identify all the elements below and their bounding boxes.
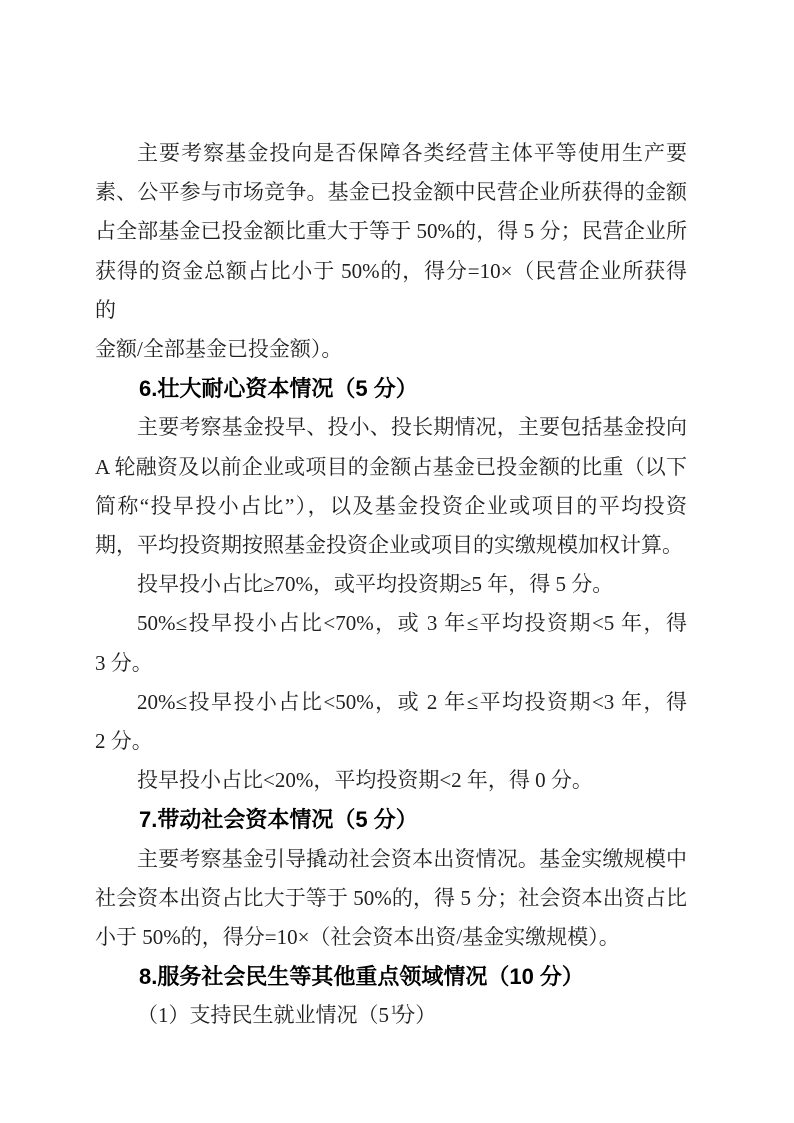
doc-line: 期，平均投资期按照基金投资企业或项目的实缴规模加权计算。 — [95, 526, 687, 565]
doc-line: 主要考察基金投早、投小、投长期情况，主要包括基金投向 — [95, 408, 687, 447]
doc-line: 主要考察基金投向是否保障各类经营主体平等使用生产要 — [95, 134, 687, 173]
doc-line: 投早投小占比<20%，平均投资期<2 年，得 0 分。 — [95, 761, 687, 800]
doc-line: 20%≤投早投小占比<50%，或 2 年≤平均投资期<3 年，得 — [95, 683, 687, 722]
doc-line: 简称“投早投小占比”），以及基金投资企业或项目的平均投资 — [95, 487, 687, 526]
doc-line: 2 分。 — [95, 722, 687, 761]
document-page: 主要考察基金投向是否保障各类经营主体平等使用生产要 素、公平参与市场竞争。基金已… — [0, 0, 794, 1123]
page-number: 12 — [0, 1002, 794, 1018]
doc-line: 占全部基金已投金额比重大于等于 50%的，得 5 分；民营企业所 — [95, 212, 687, 251]
doc-line: A 轮融资及以前企业或项目的金额占基金已投金额的比重（以下 — [95, 448, 687, 487]
section-heading-8: 8.服务社会民生等其他重点领域情况（10 分） — [95, 957, 687, 996]
doc-line: 投早投小占比≥70%，或平均投资期≥5 年，得 5 分。 — [95, 565, 687, 604]
doc-line: 素、公平参与市场竞争。基金已投金额中民营企业所获得的金额 — [95, 173, 687, 212]
doc-line: 50%≤投早投小占比<70%，或 3 年≤平均投资期<5 年，得 — [95, 604, 687, 643]
document-body: 主要考察基金投向是否保障各类经营主体平等使用生产要 素、公平参与市场竞争。基金已… — [95, 134, 687, 1036]
doc-line: 获得的资金总额占比小于 50%的，得分=10×（民营企业所获得的 — [95, 252, 687, 330]
section-heading-7: 7.带动社会资本情况（5 分） — [95, 800, 687, 839]
doc-line: 金额/全部基金已投金额）。 — [95, 330, 687, 369]
section-heading-6: 6.壮大耐心资本情况（5 分） — [95, 369, 687, 408]
doc-line: 主要考察基金引导撬动社会资本出资情况。基金实缴规模中 — [95, 840, 687, 879]
doc-line: 3 分。 — [95, 644, 687, 683]
doc-line: 社会资本出资占比大于等于 50%的，得 5 分；社会资本出资占比 — [95, 879, 687, 918]
doc-line: 小于 50%的，得分=10×（社会资本出资/基金实缴规模）。 — [95, 918, 687, 957]
